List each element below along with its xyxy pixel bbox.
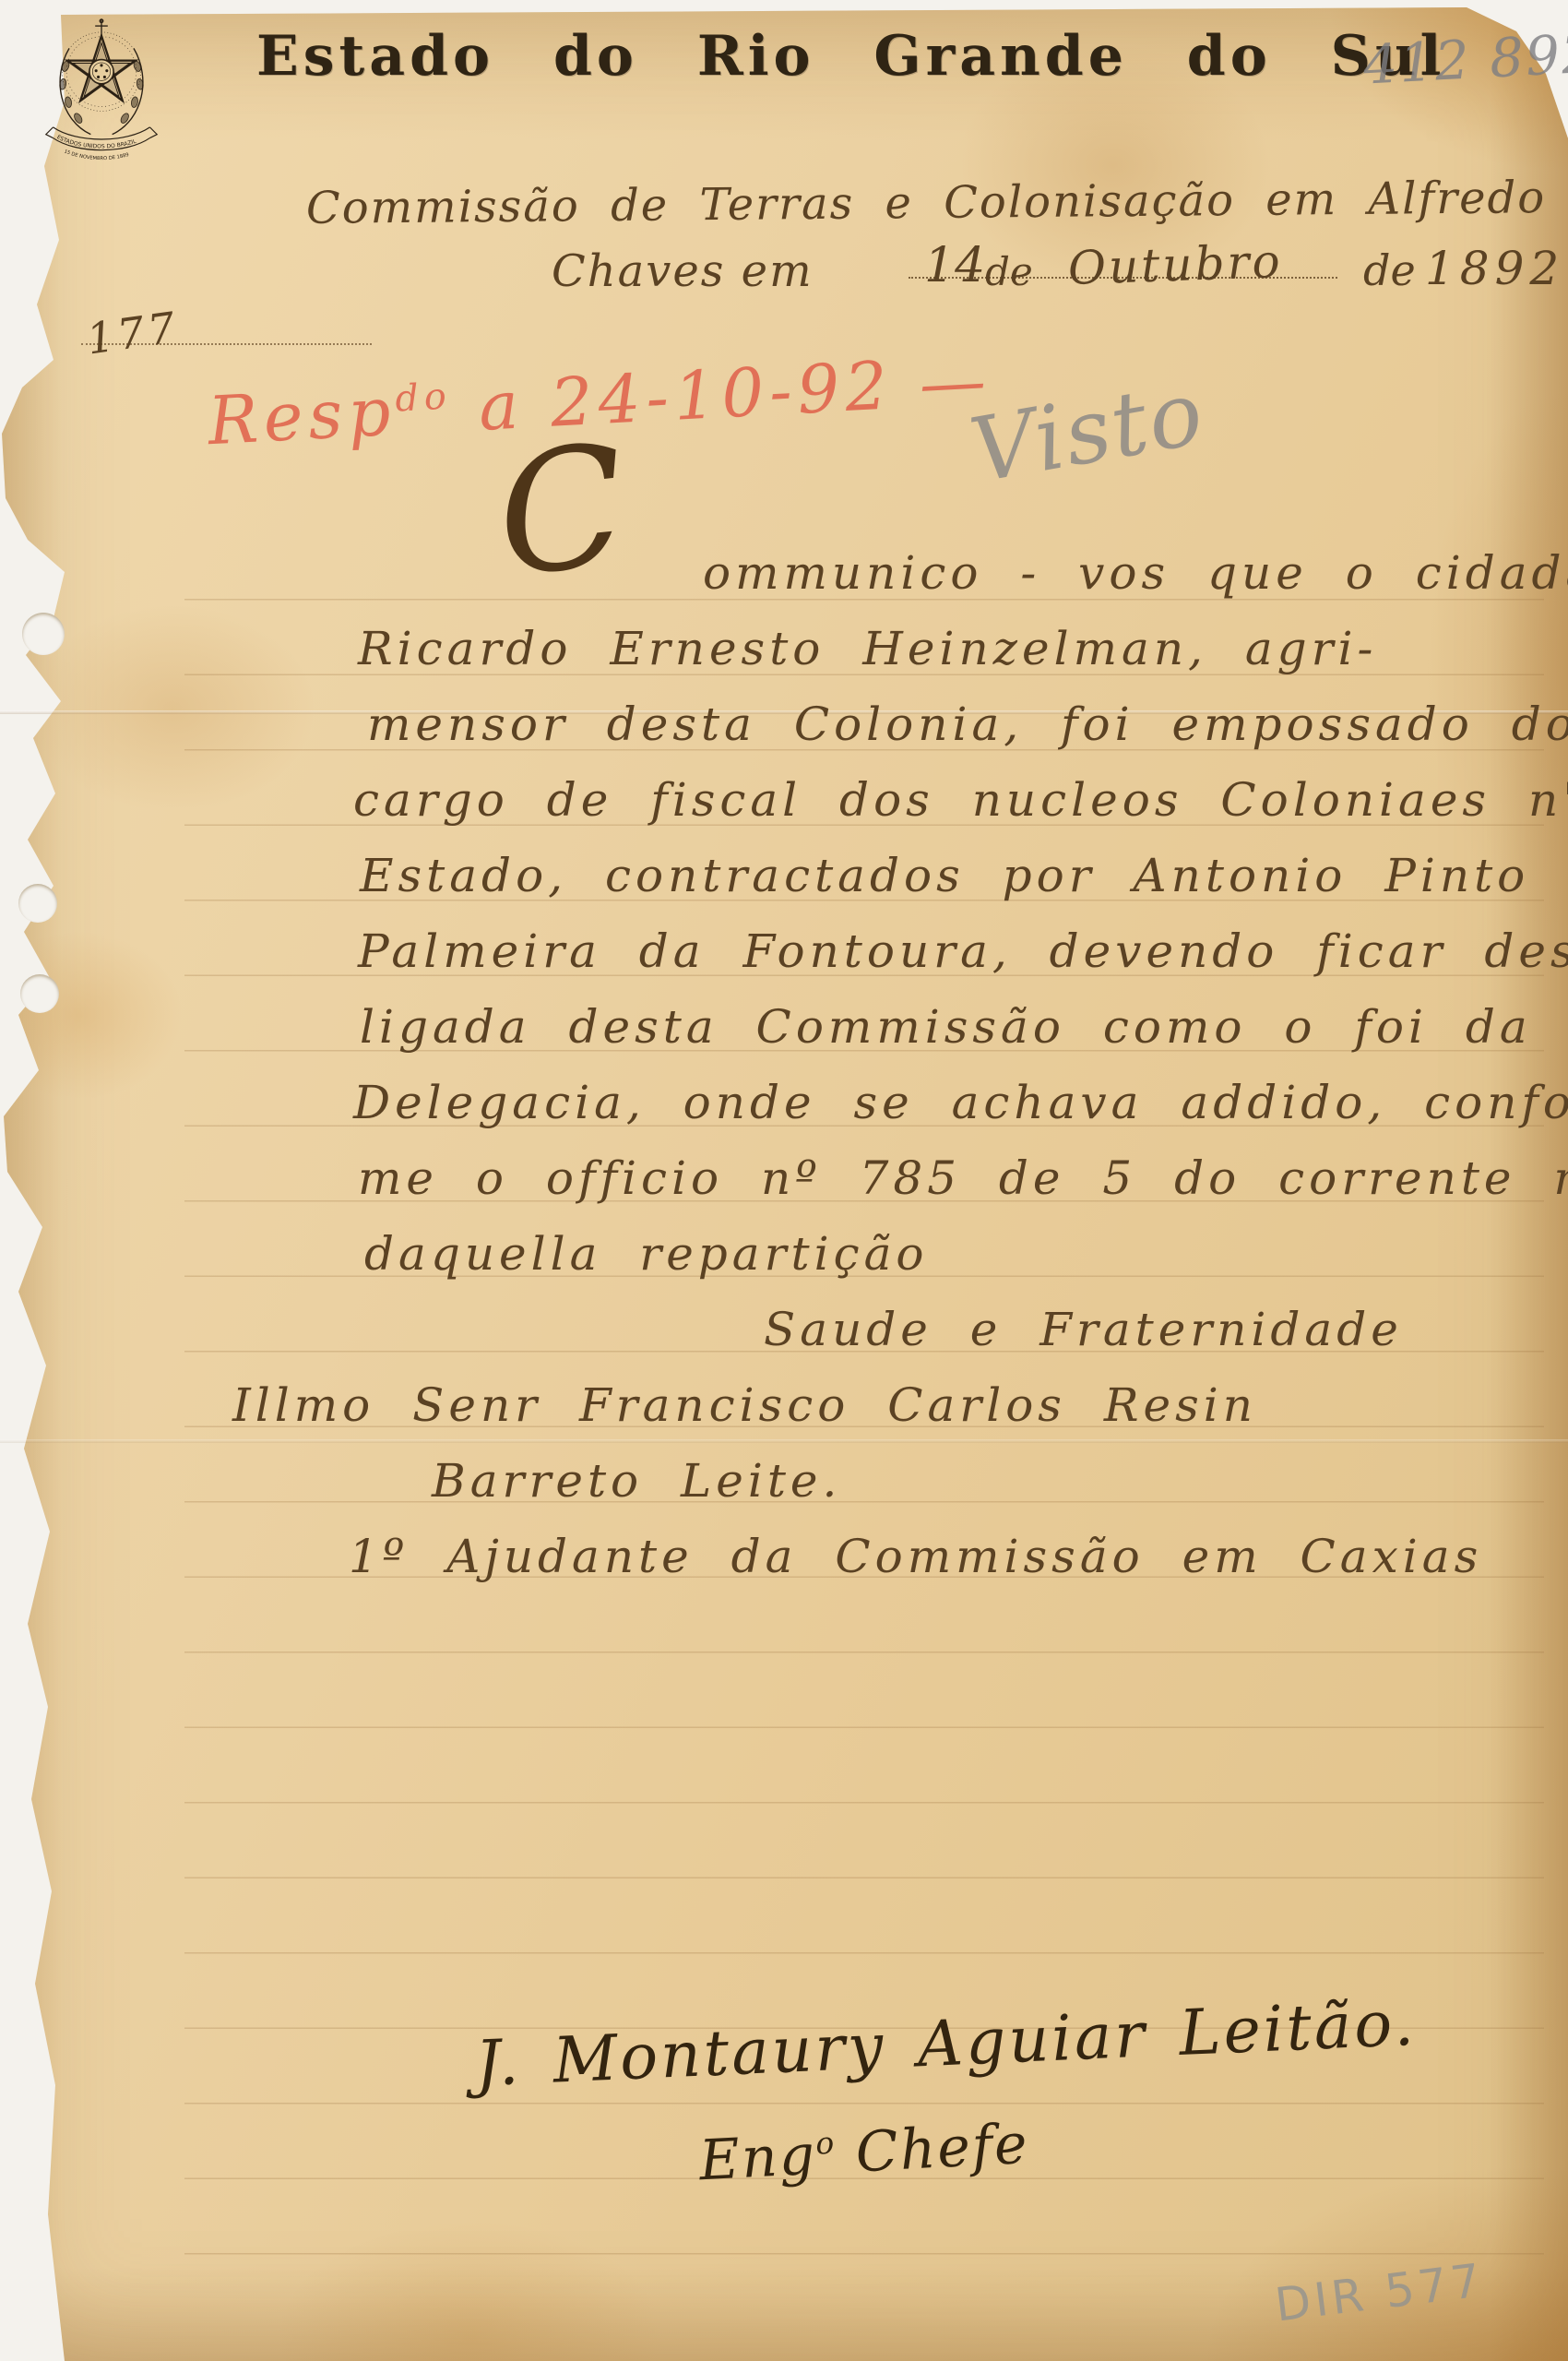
- punch-hole: [18, 884, 57, 923]
- addressee-line: 1º Ajudante da Commissão em Caxias: [349, 1530, 1482, 1583]
- body-line: cargo de fiscal dos nucleos Coloniaes n'…: [353, 773, 1568, 827]
- letterhead-state-title: Estado do Rio Grande do Sul: [256, 24, 1445, 89]
- center-circle-icon: [89, 60, 113, 84]
- dateline-day: 14: [924, 238, 985, 293]
- emblem-ribbon-text: ESTADOS UNIDOS DO BRAZIL: [55, 134, 137, 149]
- body-line: me o officio nº 785 de 5 do corrente mez: [358, 1151, 1568, 1205]
- dateline-month: Outubro: [1067, 234, 1283, 295]
- folio-dotted-line: [81, 343, 372, 345]
- letterhead-office-line: Commissão de Terras e Colonisação em Alf…: [306, 172, 1547, 234]
- dateline-de: de: [985, 249, 1033, 294]
- svg-text:ESTADOS UNIDOS DO BRAZIL: ESTADOS UNIDOS DO BRAZIL: [55, 134, 137, 149]
- body-line: ligada desta Commissão como o foi da: [360, 1000, 1532, 1054]
- punch-hole: [22, 613, 65, 655]
- reply-note-prefix: Resp: [206, 373, 398, 460]
- dateline-year: 1892: [1425, 242, 1564, 295]
- signature-title-rest: Chefe: [835, 2112, 1030, 2187]
- dateline-de2: de: [1363, 245, 1416, 295]
- punch-hole: [20, 974, 59, 1013]
- body-line: Delegacia, onde se achava addido, confor…: [353, 1076, 1568, 1129]
- body-dropcap: C: [488, 409, 635, 614]
- reply-note-superscript: do: [394, 375, 452, 420]
- scanned-letter-page: { "emblem": { "ribbon_text": "ESTADOS UN…: [0, 0, 1568, 2361]
- body-line: Ricardo Ernesto Heinzelman, agri-: [358, 622, 1377, 675]
- body-line: Estado, contractados por Antonio Pinto: [360, 849, 1529, 902]
- body-line: Palmeira da Fontoura, devendo ficar des-: [358, 924, 1568, 978]
- addressee-line: Barreto Leite.: [432, 1454, 841, 1508]
- body-line: ommunico - vos que o cidadão: [703, 546, 1568, 600]
- dateline-place: Chaves em: [552, 245, 814, 297]
- signature-title-superscript: o: [814, 2125, 837, 2162]
- emblem-date-text: 15 DE NOVEMBRO DE 1889: [63, 149, 129, 161]
- svg-text:15 DE NOVEMBRO DE 1889: 15 DE NOVEMBRO DE 1889: [63, 149, 129, 161]
- addressee-line: Illmo Senr Francisco Carlos Resin: [232, 1378, 1257, 1432]
- sword-icon: [95, 18, 108, 34]
- signature-title-prefix: Eng: [697, 2123, 817, 2194]
- closing-line: Saude e Fraternidade: [764, 1303, 1403, 1356]
- coat-of-arms: ESTADOS UNIDOS DO BRAZIL 15 DE NOVEMBRO …: [39, 15, 164, 170]
- archive-number: 412 892: [1361, 21, 1568, 96]
- body-line: mensor desta Colonia, foi empossado do: [367, 698, 1568, 751]
- body-line: daquella repartição: [364, 1227, 929, 1281]
